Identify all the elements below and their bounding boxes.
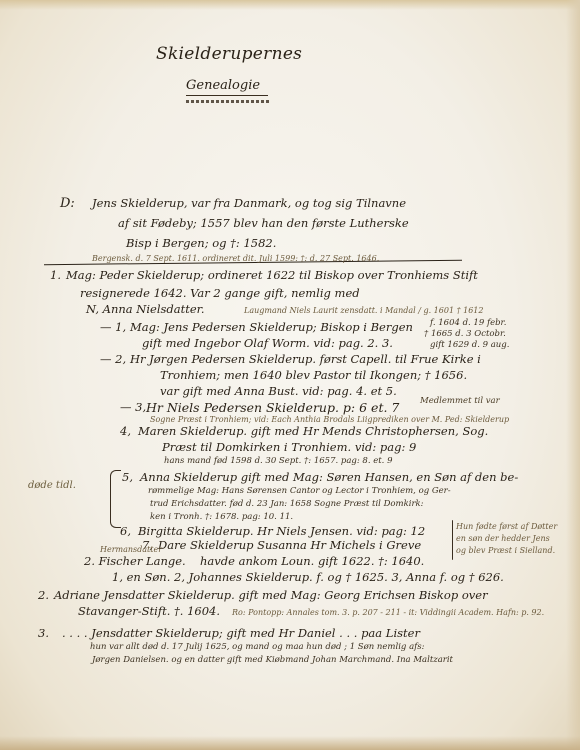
child-6-marker: 6, — [120, 524, 131, 538]
children-bracket — [110, 470, 121, 528]
child-4-marker: 4, — [120, 424, 131, 438]
left-margin-note: døde tidl. — [28, 480, 76, 491]
child-1-note: gift 1629 d. 9 aug. — [430, 340, 509, 350]
child-3-note: Medlemmet til var — [420, 396, 500, 406]
child-3-marker: — 3, — [120, 400, 146, 414]
entry-3-line: hun var allt død d. 17 Julij 1625, og ma… — [90, 642, 425, 652]
child-1-note: † 1665 d. 3 Octobr. — [424, 329, 506, 339]
page-edge-shadow — [566, 0, 580, 750]
entry-1-line: N, Anna Nielsdatter. — [86, 302, 205, 316]
right-margin-note: Hun fødte først af Døtter — [456, 522, 557, 531]
fischer-text: havde ankom Loun. gift 1622. †: 1640. — [200, 554, 424, 568]
page-title: Skielderupernes — [156, 44, 302, 64]
subtitle-underline — [186, 95, 268, 96]
child-1-line: Mag: Jens Pedersen Skielderup; Biskop i … — [130, 320, 413, 334]
subtitle-wavy-underline — [186, 100, 270, 103]
entry-2-number: 2. — [38, 588, 49, 602]
header-line: af sit Fødeby; 1557 blev han den første … — [118, 216, 409, 230]
child-3-note: Sogne Præst i Tronhiem; vid: Each Anthia… — [150, 415, 509, 424]
child-2-line: Hr Jørgen Pedersen Skielderup. først Cap… — [130, 352, 481, 366]
entry-2-note: Ro: Pontopp: Annales tom. 3. p. 207 - 21… — [232, 608, 544, 617]
entry-1-note-above: Bergensk. d. 7 Sept. 1611. ordineret dit… — [92, 254, 379, 263]
fischer-above-note: Hermansdatter — [100, 545, 162, 554]
child-5-line: rømmelige Mag: Hans Sørensen Cantor og L… — [148, 486, 451, 496]
child-5-marker: 5, — [122, 470, 133, 484]
entry-3-number: 3. — [38, 626, 49, 640]
child-2-marker: — 2, — [100, 352, 126, 366]
child-4-line: Maren Skielderup. gift med Hr Mends Chri… — [138, 424, 488, 438]
entry-1-line: resignerede 1642. Var 2 gange gift, neml… — [80, 286, 360, 300]
child-4-line: hans mand fød 1598 d. 30 Sept. †: 1657. … — [164, 456, 392, 466]
entry-1-inline-note: Laugmand Niels Laurit zensdatt. i Mandal… — [244, 306, 483, 315]
entry-2-line: Adriane Jensdatter Skielderup. gift med … — [54, 588, 488, 602]
fischer-children: 1, en Søn. 2, Johannes Skielderup. f. og… — [112, 570, 504, 584]
fischer-marker: 2. Fischer Lange. — [84, 554, 186, 568]
right-margin-note: og blev Præst i Sielland. — [456, 546, 555, 555]
child-5-line: ken i Tronh. †: 1678. pag: 10. 11. — [150, 512, 293, 522]
manuscript-page: Skielderupernes Genealogie D: Jens Skiel… — [0, 0, 580, 750]
entry-1-number: 1. — [50, 268, 61, 282]
entry-2-line: Stavanger-Stift. †. 1604. — [78, 604, 220, 618]
header-marker: D: — [60, 196, 75, 211]
right-margin-note: en søn der hedder Jens — [456, 534, 550, 543]
child-6-line: Birgitta Skielderup. Hr Niels Jensen. vi… — [138, 524, 425, 538]
child-1-marker: — 1, — [100, 320, 126, 334]
header-line: Bisp i Bergen; og †: 1582. — [126, 236, 276, 250]
child-2-line: Tronhiem; men 1640 blev Pastor til Ikong… — [160, 368, 467, 382]
entry-3-line: . . . . Jensdatter Skielderup; gift med … — [62, 626, 420, 640]
child-7-line: Dare Skielderup Susanna Hr Michels i Gre… — [158, 538, 421, 552]
right-note-bracket — [452, 520, 453, 560]
child-4-line: Præst til Domkirken i Tronhiem. vid: pag… — [162, 440, 416, 454]
child-5-line: trud Erichsdatter. fød d. 23 Jan: 1658 S… — [150, 499, 424, 509]
child-2-line: var gift med Anna Bust. vid: pag. 4. et … — [160, 384, 397, 398]
header-line: Jens Skielderup, var fra Danmark, og tog… — [92, 196, 406, 210]
child-3-line: Hr Niels Pedersen Skielderup. p: 6 et. 7 — [146, 400, 399, 415]
child-1-note: f. 1604 d. 19 febr. — [430, 318, 506, 328]
page-subtitle: Genealogie — [186, 78, 260, 93]
entry-3-line: Jørgen Danielsen. og en datter gift med … — [92, 655, 453, 665]
child-1-line: gift med Ingebor Olaf Worm. vid: pag. 2.… — [142, 336, 393, 350]
child-5-line: Anna Skielderup gift med Mag: Søren Hans… — [140, 470, 518, 484]
entry-1-line: Mag: Peder Skielderup; ordineret 1622 ti… — [66, 268, 478, 282]
